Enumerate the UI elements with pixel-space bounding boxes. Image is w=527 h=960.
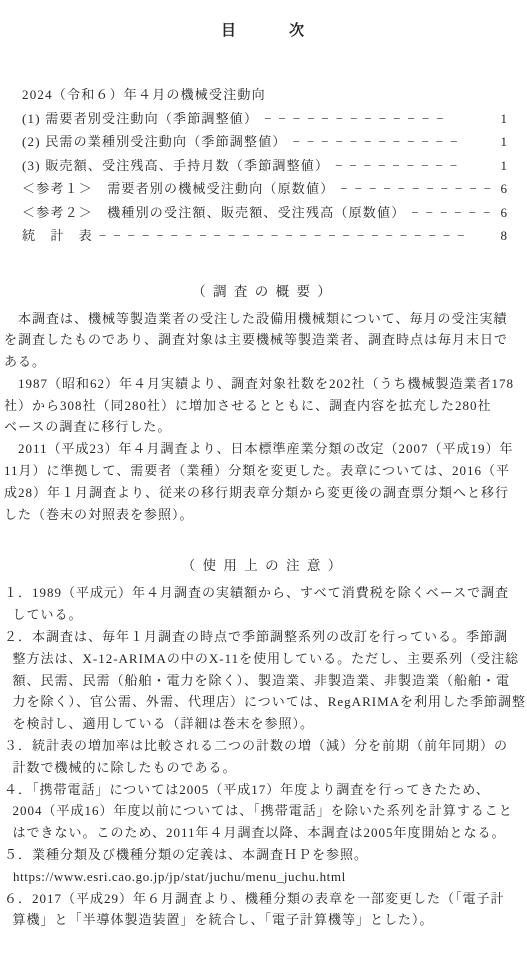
notes-paragraphs-continued: ６．2017（平成29）年６月調査より、機種分類の表章を一部変更した（「電子計 … (4, 888, 521, 932)
notes-text-line: はできない。このため、2011年４月調査以降、本調査は2005年度開始となる。 (4, 822, 521, 844)
overview-text-line: 成28）年１月調査より、従来の移行期表章分類から変更後の調査票分類へと移行 (4, 482, 521, 504)
toc-entry: ＜参考２＞ 機種別の受注額、販売額、受注残高（原数値） −−−−−− 6 (22, 201, 507, 225)
toc-dash-leader: −−−−−−−−−−− (340, 177, 493, 201)
notes-text-line: ４．「携帯電話」については2005（平成17）年度より調査を行ってきたため、 (4, 779, 521, 801)
toc-entry-label: ＜参考１＞ 需要者別の機械受注動向（原数値） (22, 177, 334, 201)
overview-text-line: 1987（昭和62）年４月実績より、調査対象社数を202社（うち機械製造業者17… (4, 373, 521, 395)
notes-text-line: している。 (4, 604, 521, 626)
toc-entry-label: 統 計 表 (22, 224, 93, 248)
toc-entry: (1) 需要者別受注動向（季節調整値） −−−−−−−−−−−−− 1 (22, 107, 507, 131)
survey-hp-url-link[interactable]: https://www.esri.cao.go.jp/jp/stat/juchu… (4, 866, 521, 888)
document-page: 目 次 2024（令和６）年４月の機械受注動向 (1) 需要者別受注動向（季節調… (0, 0, 527, 960)
toc-entry-label: (3) 販売額、受注残高、手持月数（季節調整値） (22, 154, 329, 178)
notes-text-line: ５．業種分類及び機種分類の定義は、本調査ＨＰを参照。 (4, 844, 521, 866)
overview-text-line: 2011（平成23）年４月調査より、日本標準産業分類の改定（2007（平成19）… (4, 438, 521, 460)
overview-text-line: 本調査は、機械等製造業者の受注した設備用機械類について、毎月の受注実績 (4, 308, 521, 330)
notes-text-line: 2004（平成16）年度以前については、「携帯電話」を除いた系列を計算すること (4, 800, 521, 822)
toc-dash-leader: −−−−−−−−−−−−−−−−−−−−−−−−−− (99, 224, 493, 248)
usage-notes-section: （ 使 用 上 の 注 意 ） １．1989（平成元）年４月調査の実績額から、す… (0, 556, 527, 931)
notes-paragraphs: １．1989（平成元）年４月調査の実績額から、すべて消費税を除くベースで調査 し… (4, 582, 521, 865)
notes-text-line: １．1989（平成元）年４月調査の実績額から、すべて消費税を除くベースで調査 (4, 582, 521, 604)
toc-entry: 2024（令和６）年４月の機械受注動向 (22, 83, 507, 107)
toc-dash-leader: −−−−−− (411, 201, 493, 225)
toc-dash-leader: −−−−−−−−− (335, 154, 493, 178)
notes-text-line: 力を除く）、官公需、外需、代理店）については、RegARIMAを利用した季節調整 (4, 691, 521, 713)
overview-text-line: ベースの調査に移行した。 (4, 416, 521, 438)
overview-text-line: した（巻末の対照表を参照）。 (4, 504, 521, 526)
toc-entry: (2) 民需の業種別受注動向（季節調整値） −−−−−−−−−−−− 1 (22, 130, 507, 154)
toc-entry: ＜参考１＞ 需要者別の機械受注動向（原数値） −−−−−−−−−−− 6 (22, 177, 507, 201)
notes-heading: （ 使 用 上 の 注 意 ） (4, 556, 521, 576)
toc-entry: (3) 販売額、受注残高、手持月数（季節調整値） −−−−−−−−− 1 (22, 154, 507, 178)
overview-text-line: ある。 (4, 351, 521, 373)
toc-page-number: 6 (493, 201, 507, 225)
toc-page-number: 1 (493, 107, 507, 131)
toc-dash-leader: −−−−−−−−−−−− (293, 130, 493, 154)
toc-page-number: 8 (493, 224, 507, 248)
notes-text-line: 計数で機械的に除したものである。 (4, 757, 521, 779)
overview-heading: （ 調 査 の 概 要 ） (4, 282, 521, 302)
toc-page-number: 1 (493, 130, 507, 154)
notes-text-line: ６．2017（平成29）年６月調査より、機種分類の表章を一部変更した（「電子計 (4, 888, 521, 910)
overview-text-line: を調査したものであり、調査対象は主要機械等製造業者、調査時点は毎月末日で (4, 329, 521, 351)
toc-entry-label: 2024（令和６）年４月の機械受注動向 (22, 83, 266, 107)
notes-text-line: ２．本調査は、毎年１月調査の時点で季節調整系列の改訂を行っている。季節調 (4, 626, 521, 648)
overview-text-line: 社）から308社（同280社）に増加させるとともに、調査内容を拡充した280社 (4, 395, 521, 417)
toc-page-number: 1 (493, 154, 507, 178)
notes-text-line: 額、民需、民需（船舶・電力を除く）、製造業、非製造業、非製造業（船舶・電 (4, 670, 521, 692)
survey-overview-section: （ 調 査 の 概 要 ） 本調査は、機械等製造業者の受注した設備用機械類につい… (0, 282, 527, 526)
notes-text-line: 算機」と「半導体製造装置」を統合し、「電子計算機等」とした）。 (4, 909, 521, 931)
overview-paragraphs: 本調査は、機械等製造業者の受注した設備用機械類について、毎月の受注実績 を調査し… (4, 308, 521, 526)
toc-entry-label: (1) 需要者別受注動向（季節調整値） (22, 107, 258, 131)
toc-entry: 統 計 表 −−−−−−−−−−−−−−−−−−−−−−−−−− 8 (22, 224, 507, 248)
notes-text-line: ３．統計表の増加率は比較される二つの計数の増（減）分を前期（前年同期）の (4, 735, 521, 757)
toc-entry-label: (2) 民需の業種別受注動向（季節調整値） (22, 130, 287, 154)
toc-entry-label: ＜参考２＞ 機種別の受注額、販売額、受注残高（原数値） (22, 201, 405, 225)
notes-text-line: 整方法は、X-12-ARIMAの中のX-11を使用している。ただし、主要系列（受… (4, 648, 521, 670)
page-title: 目 次 (0, 21, 527, 41)
overview-text-line: 11月）に準拠して、需要者（業種）分類を変更した。表章については、2016（平 (4, 460, 521, 482)
toc-dash-leader: −−−−−−−−−−−−− (264, 107, 493, 131)
notes-text-line: を検討し、適用している（詳細は巻末を参照）。 (4, 713, 521, 735)
table-of-contents: 2024（令和６）年４月の機械受注動向 (1) 需要者別受注動向（季節調整値） … (0, 83, 527, 248)
toc-page-number: 6 (493, 177, 507, 201)
